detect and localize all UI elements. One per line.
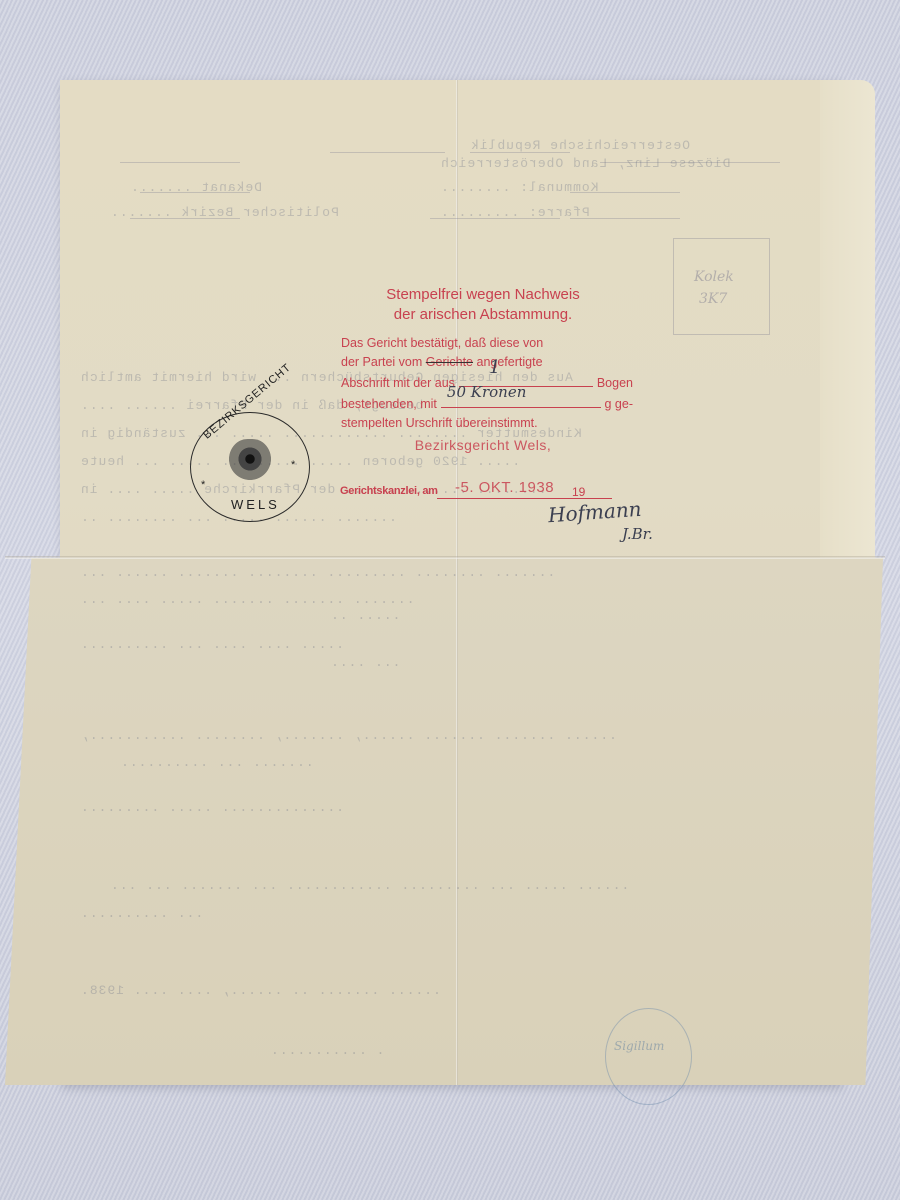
date-stamp: -5. OKT. 1938 [455,479,554,496]
year-suffix: 19 [572,485,585,499]
vertical-fold-crease [456,80,458,1085]
stamp-body-line1: Das Gericht bestätigt, daß diese von [341,334,633,353]
court-seal: BEZIRKSGERICHT WELS * * [190,412,310,522]
eagle-emblem-icon [227,439,273,489]
pencil-annotation-box: Kolek 3K7 [673,238,770,335]
parish-seal-text: Sigillum [614,1039,664,1053]
signature-initials: J.Br. [622,525,653,543]
pencil-note-line1: Kolek [694,269,734,285]
star-icon: * [291,459,296,471]
pencil-note-line2: 3K7 [699,291,727,307]
stempelfrei-stamp: Stempelfrei wegen Nachweis der arischen … [333,285,633,453]
parish-seal: Sigillum [605,1008,692,1105]
stamp-court-name: Bezirksgericht Wels, [333,437,633,453]
stamp-title-line1: Stempelfrei wegen Nachweis [333,285,633,305]
stamp-body-line2: der Partei vom Gerichte angefertigte [341,353,633,372]
document-sheet-edge [820,80,875,558]
horizontal-fold-crease [5,556,885,559]
handwritten-bogen-count: 1 [489,358,500,377]
stamp-body-line4: bestehenden, mit 50 Kronen g ge- [341,393,633,414]
star-icon: * [201,479,206,491]
chancery-label: Gerichtskanzlei, am [340,485,438,497]
struck-word: Gerichte [426,353,473,372]
seal-bottom-text: WELS [231,497,280,512]
handwritten-stamp-value: 50 Kronen [447,383,526,402]
stamp-title-line2: der arischen Abstammung. [333,305,633,325]
stamp-body-line5: stempelten Urschrift übereinstimmt. [341,414,633,433]
